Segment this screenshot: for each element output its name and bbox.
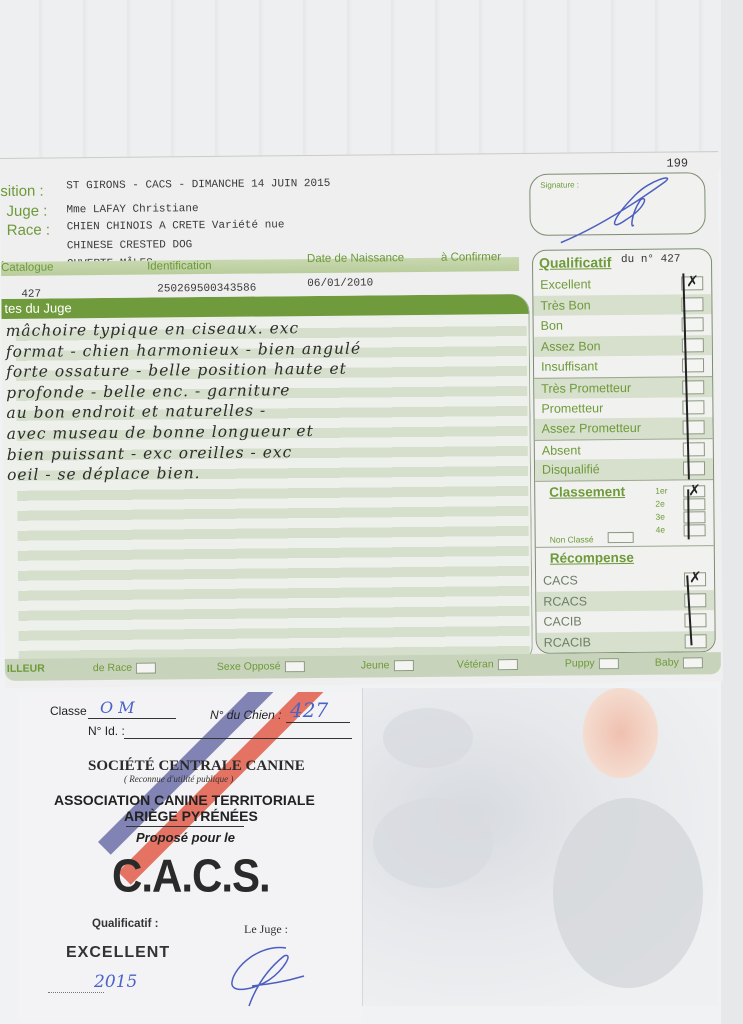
best-bar-checkbox[interactable] bbox=[683, 657, 703, 668]
qualificatif-title: Qualificatif bbox=[539, 254, 612, 271]
photo-shape bbox=[383, 708, 473, 768]
background-page bbox=[0, 0, 725, 170]
photo-shape bbox=[553, 798, 703, 988]
col-identification: Identification bbox=[147, 260, 212, 273]
id-label: N° Id. : bbox=[88, 724, 125, 738]
dog-number-value: 427 bbox=[290, 698, 328, 722]
year-line bbox=[48, 992, 104, 993]
qualificatif-checkbox[interactable] bbox=[683, 462, 705, 476]
cacs-title: C.A.C.S. bbox=[112, 850, 270, 903]
value-identification: 250269500343586 bbox=[157, 283, 256, 296]
classe-label: Classe bbox=[50, 704, 87, 718]
qualificatif-box: Qualificatif du n° 427 ExcellentTrès Bon… bbox=[532, 248, 716, 654]
qualificatif-option-label: Assez Prometteur bbox=[542, 421, 641, 436]
recompense-option-label: CACIB bbox=[543, 615, 581, 629]
qualificatif-number: du n° 427 bbox=[621, 253, 681, 266]
best-bar-option-label: de Race bbox=[93, 662, 132, 674]
best-bar-checkbox[interactable] bbox=[599, 658, 619, 669]
qualificatif-option[interactable]: Disqualifié bbox=[535, 459, 713, 481]
best-bar-option-label: Vétéran bbox=[457, 658, 494, 670]
field-label-race: Race : bbox=[7, 222, 51, 239]
qualificatif-option-label: Absent bbox=[542, 443, 581, 457]
org-act-region: ARIÈGE PYRÉNÉES bbox=[124, 808, 258, 824]
org-act: ASSOCIATION CANINE TERRITORIALE bbox=[54, 792, 315, 808]
best-bar-checkbox[interactable] bbox=[498, 659, 518, 670]
classement-title: Classement bbox=[549, 484, 625, 500]
non-classe-checkbox[interactable] bbox=[608, 532, 634, 543]
best-bar-checkbox[interactable] bbox=[284, 661, 304, 672]
qualificatif-option-label: Disqualifié bbox=[542, 463, 600, 478]
col-to-confirm: à Confirmer bbox=[441, 251, 501, 264]
card-judge-label: Le Juge : bbox=[244, 922, 288, 937]
rank-label: 3e bbox=[655, 512, 665, 522]
best-bar-checkbox[interactable] bbox=[136, 662, 156, 673]
field-value-race-en: CHINESE CRESTED DOG bbox=[67, 239, 193, 252]
recompense-title: Récompense bbox=[550, 550, 634, 566]
notes-header: tes du Juge bbox=[1, 294, 528, 319]
qualificatif-option-label: Bon bbox=[541, 319, 563, 333]
best-bar-option[interactable]: de Race bbox=[93, 662, 156, 675]
recompense-checkbox[interactable] bbox=[685, 634, 707, 648]
catalog-values-row: 427 250269500343586 06/01/2010 bbox=[1, 276, 519, 295]
card-qual-value: EXCELLENT bbox=[66, 944, 170, 962]
non-classe-label: Non Classé bbox=[550, 534, 594, 544]
best-bar-option-label: Sexe Opposé bbox=[217, 660, 281, 673]
best-bar-checkbox[interactable] bbox=[393, 660, 413, 671]
judge-signature-icon bbox=[224, 942, 314, 1012]
signature-box: Signature : bbox=[529, 172, 706, 236]
best-bar-option[interactable]: Sexe Opposé bbox=[217, 660, 305, 673]
qualificatif-option-label: Prometteur bbox=[541, 401, 603, 416]
background-strip bbox=[721, 0, 743, 1024]
col-birth-date: Date de Naissance bbox=[307, 252, 404, 265]
field-value-race: CHIEN CHINOIS A CRETE Variété nue bbox=[67, 219, 285, 233]
id-line bbox=[124, 738, 352, 739]
qualificatif-option-label: Très Bon bbox=[540, 298, 590, 312]
recompense-option-label: RCACIB bbox=[544, 635, 591, 649]
org-separator bbox=[126, 826, 244, 827]
field-value-exposition: ST GIRONS - CACS - DIMANCHE 14 JUIN 2015 bbox=[66, 178, 330, 193]
best-bar-option-label: Jeune bbox=[361, 659, 390, 671]
org-scc: SOCIÉTÉ CENTRALE CANINE bbox=[88, 758, 305, 775]
best-bar-option[interactable]: Jeune bbox=[361, 659, 414, 672]
field-value-juge: Mme LAFAY Christiane bbox=[66, 203, 198, 216]
best-bar-option-label: Puppy bbox=[565, 657, 595, 669]
recompense-option[interactable]: RCACIB bbox=[537, 631, 715, 653]
best-bar-option-label: Baby bbox=[655, 657, 679, 669]
dog-number-label: N° du Chien : bbox=[210, 708, 282, 722]
proposed-label: Proposé pour le bbox=[136, 830, 235, 845]
card-year: 2015 bbox=[94, 972, 137, 992]
rank-label: 1er bbox=[655, 486, 667, 496]
qualificatif-option-label: Insuffisant bbox=[541, 360, 598, 375]
qualificatif-option-label: Assez Bon bbox=[541, 339, 601, 354]
best-bar-lead: ILLEUR bbox=[7, 663, 45, 675]
recompense-option-label: CACS bbox=[543, 573, 578, 587]
org-scc-sub: ( Reconnue d'utilité publique ) bbox=[124, 774, 233, 784]
recompense-option-label: RCACS bbox=[543, 594, 587, 608]
value-birth-date: 06/01/2010 bbox=[307, 277, 373, 290]
dog-number-line bbox=[286, 722, 350, 723]
judge-notes-text: mâchoire typique en ciseaux. excformat -… bbox=[6, 316, 523, 486]
classe-value: O M bbox=[100, 698, 135, 717]
photo-shape bbox=[373, 798, 493, 888]
best-bar-option[interactable]: Baby bbox=[655, 656, 703, 668]
divider bbox=[536, 545, 714, 548]
rank-label: 2e bbox=[655, 499, 665, 509]
card-qual-label: Qualificatif : bbox=[92, 918, 158, 930]
best-bar-option[interactable]: Puppy bbox=[565, 657, 619, 670]
judging-sheet: 199 sition : ST GIRONS - CACS - DIMANCHE… bbox=[0, 151, 723, 688]
qualificatif-option-label: Excellent bbox=[540, 277, 591, 291]
field-label-juge: Juge : bbox=[6, 203, 47, 220]
field-label-exposition: sition : bbox=[0, 183, 44, 200]
signature-scribble-icon bbox=[530, 169, 707, 251]
dog-photo bbox=[362, 688, 718, 1006]
best-bar-option[interactable]: Vétéran bbox=[457, 658, 518, 671]
col-catalogue: Catalogue bbox=[1, 261, 54, 274]
rank-label: 4e bbox=[656, 525, 666, 535]
photo-flower bbox=[583, 688, 658, 778]
qualificatif-option-label: Très Prometteur bbox=[541, 381, 631, 396]
judge-notes-box: tes du Juge mâchoire typique en ciseaux.… bbox=[1, 294, 533, 669]
classe-line bbox=[88, 718, 176, 719]
cacs-card: Classe O M N° du Chien : 427 N° Id. : SO… bbox=[18, 692, 362, 1022]
